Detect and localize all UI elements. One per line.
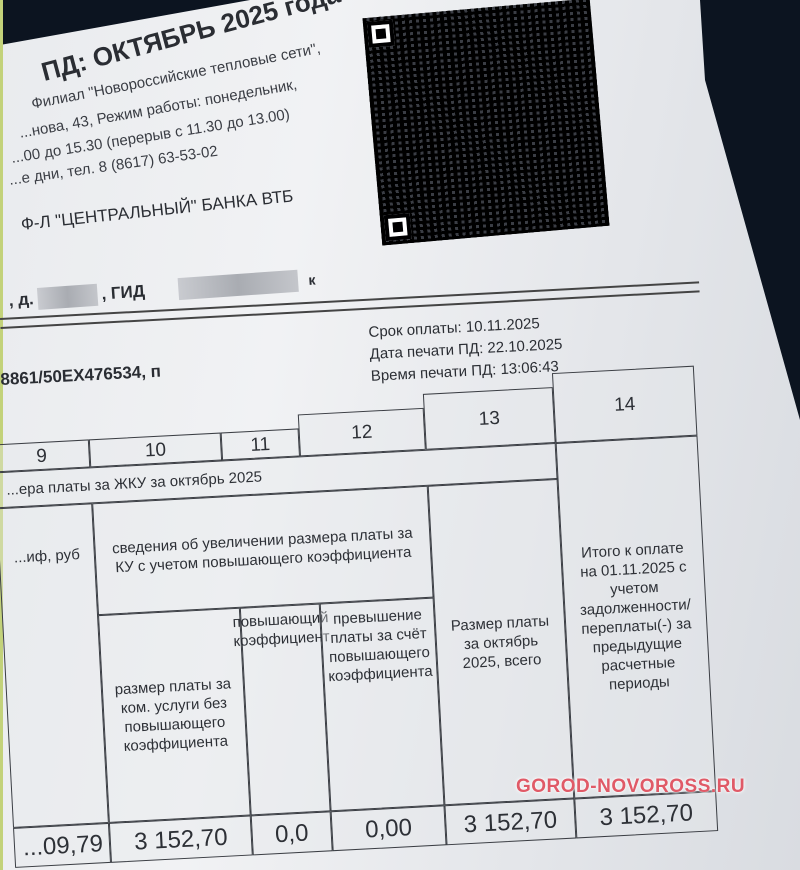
total-month-value: 3 152,70 [444,799,576,846]
col-number-11: 11 [221,428,300,460]
coef-header: повышающий коэффициент [240,604,331,816]
increase-header: сведения об увеличении размера платы за … [92,486,433,615]
total-month-header: Размер платы за октябрь 2025, всего [428,479,575,805]
without-coef-header: размер платы за ком. услуги без повышающ… [98,608,251,823]
redacted-address [37,284,98,310]
excess-value: 0,00 [331,805,447,851]
col-number-12: 12 [298,408,426,457]
qr-finder-icon [384,213,412,241]
gid-suffix: к [308,272,316,288]
tariff-header: ...иф, руб [0,503,109,828]
without-coef-value: 3 152,70 [109,815,253,862]
site-watermark: GOROD-NOVOROSS.RU [516,776,745,798]
qr-code-icon [362,0,609,246]
coef-value: 0,0 [251,811,333,855]
col-number-13: 13 [423,387,556,450]
gid-label: , ГИД [101,281,146,304]
excess-header: превышение платы за счёт повышающего коэ… [320,598,445,812]
address-prefix: , д. [8,289,34,311]
qr-finder-icon [367,20,395,48]
col-number-14: 14 [552,366,697,443]
total-due-value: 3 152,70 [574,791,718,838]
total-due-header: Итого к оплате на 01.11.2025 с учетом за… [556,436,716,799]
tariff-value: ...09,79 [13,823,111,868]
